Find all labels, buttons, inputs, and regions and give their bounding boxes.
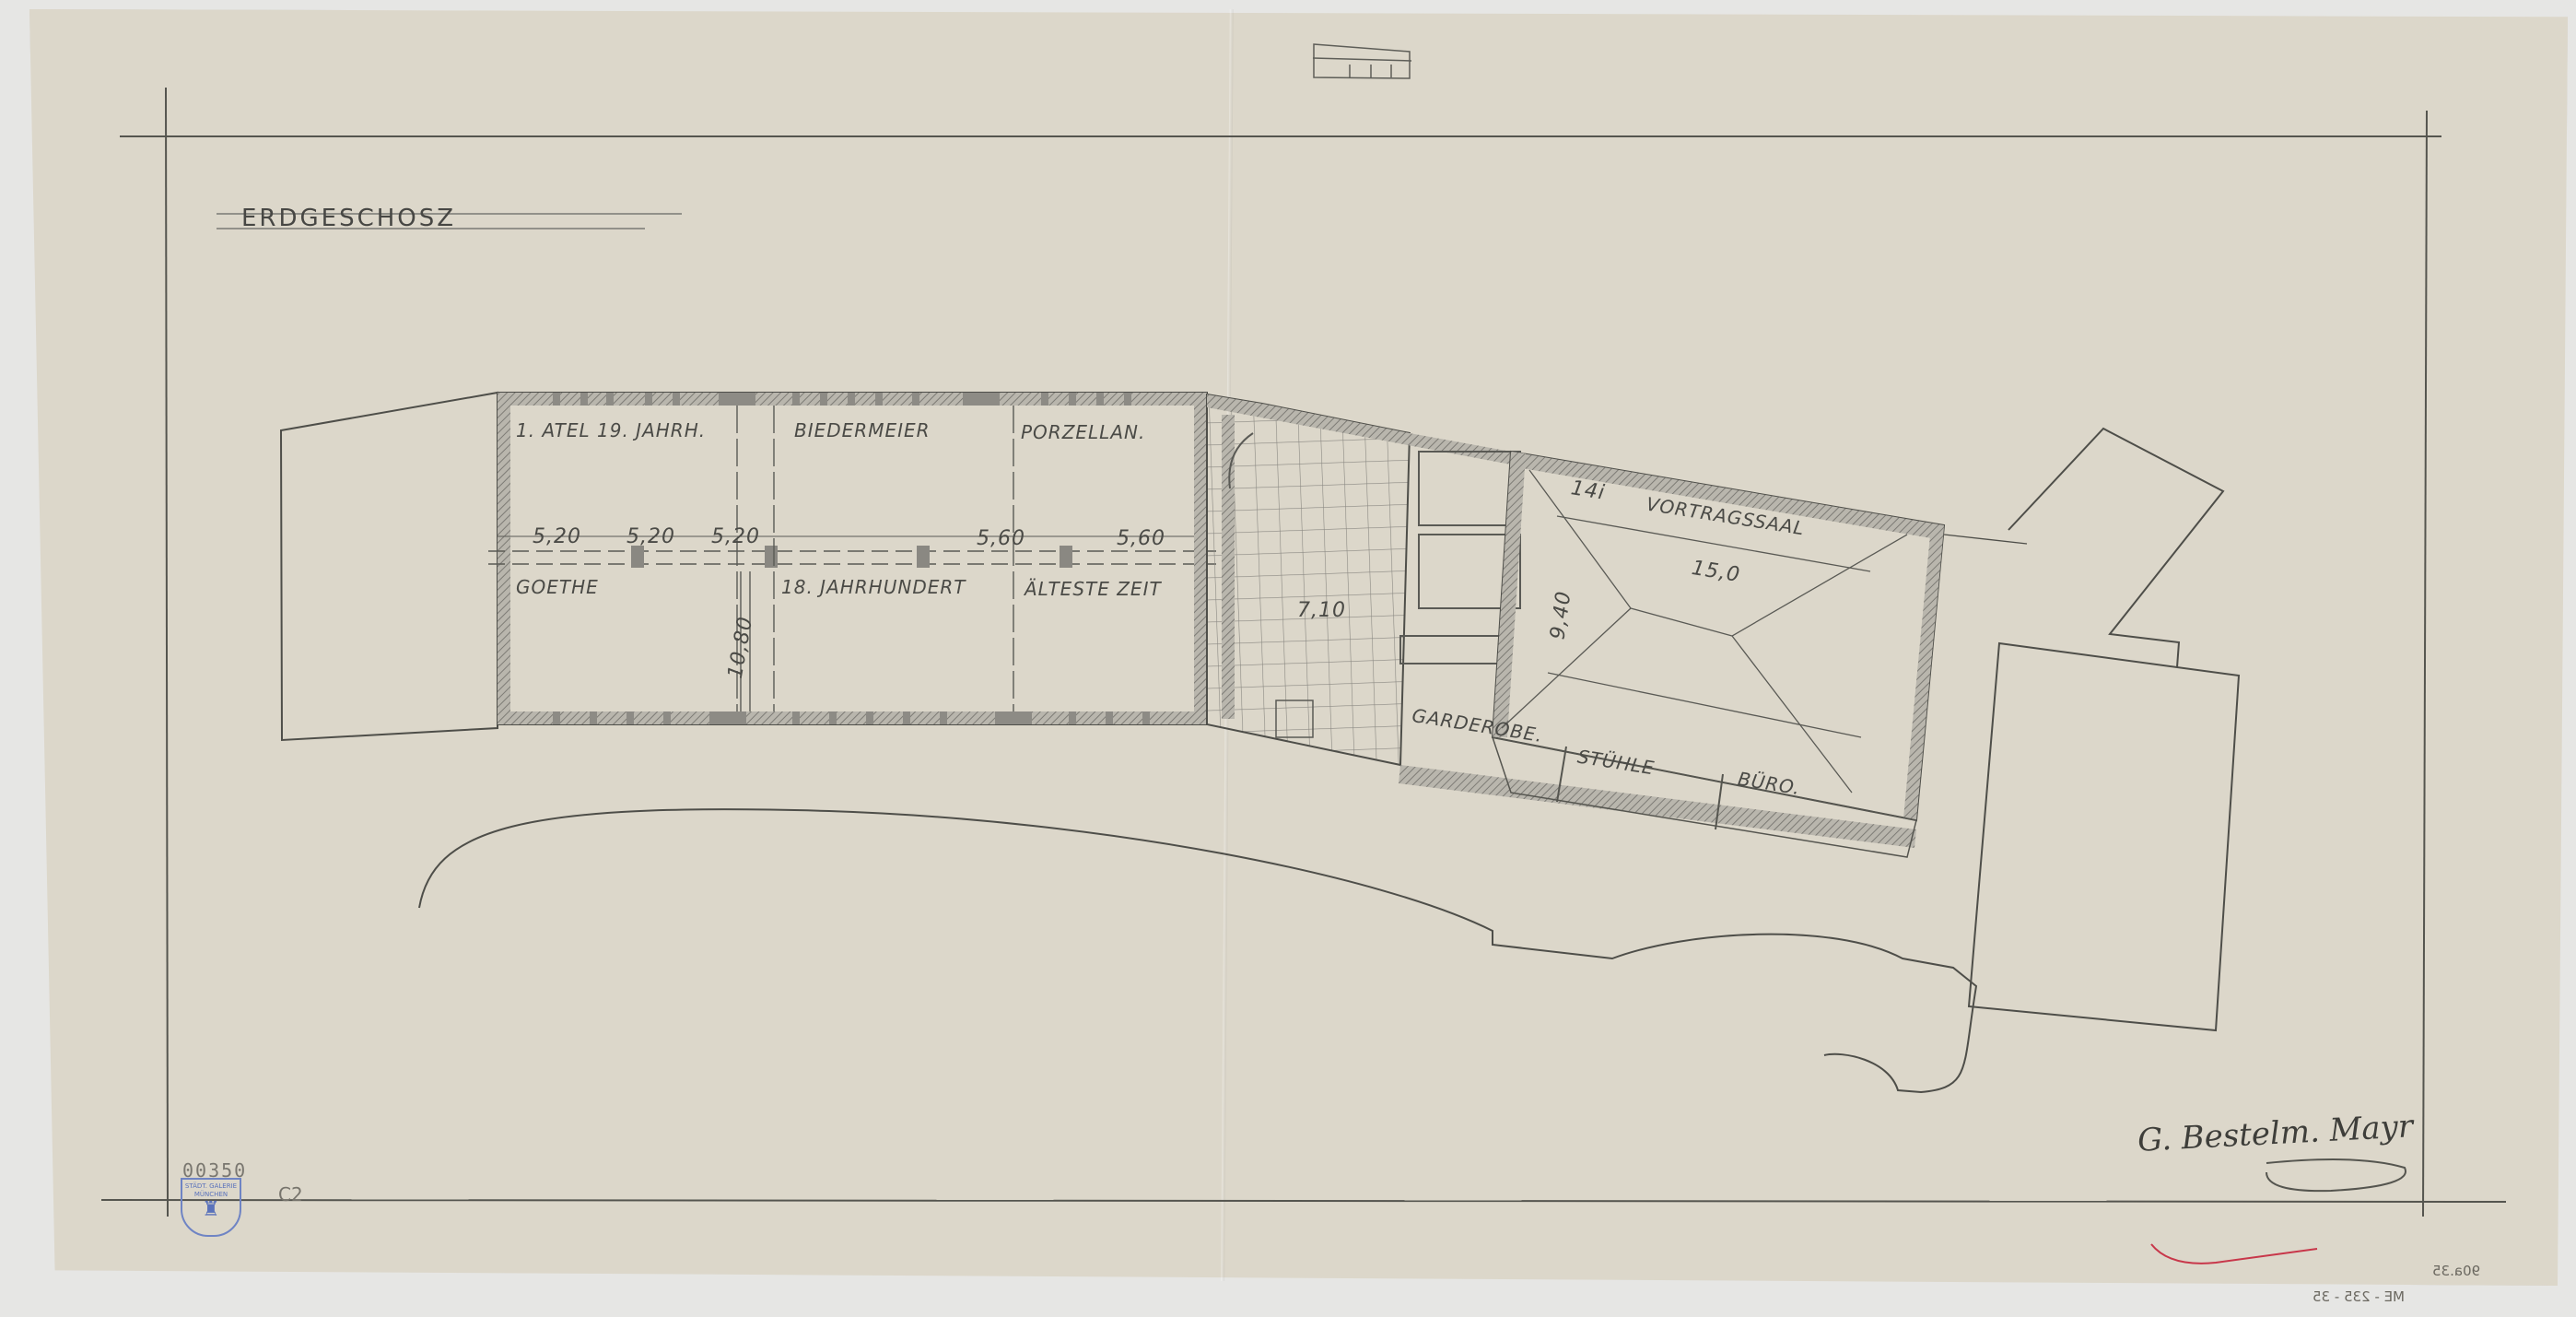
sheet-code: C2 xyxy=(278,1183,303,1205)
room-label-biedermeier: BIEDERMEIER xyxy=(794,419,931,441)
room-label-alteste-zeit: ÄLTESTE ZEIT xyxy=(1025,578,1162,600)
dimension-bay-4: 5,60 xyxy=(977,527,1025,550)
room-label-18-jahrhundert: 18. JAHRHUNDERT xyxy=(781,576,966,598)
dimension-bay-1: 5,20 xyxy=(533,525,581,548)
elevation-thumbnail-sketch xyxy=(1313,44,1411,78)
dimension-bay-5: 5,60 xyxy=(1117,527,1165,550)
museum-stamp: STÄDT. GALERIE MÜNCHEN ♜ xyxy=(181,1178,241,1237)
munchner-kindl-icon: ♜ xyxy=(182,1199,240,1221)
central-stair-hall xyxy=(1207,394,1511,765)
reverse-note-1: 90a.35 xyxy=(2432,1263,2480,1279)
stamp-line-1: STÄDT. GALERIE xyxy=(182,1182,240,1191)
adjacent-building-east xyxy=(1944,429,2239,1030)
reverse-note-2: ME - 235 - 35 xyxy=(2313,1288,2405,1305)
street-outline xyxy=(419,809,1976,1092)
drawing-title: ERDGESCHOSZ xyxy=(241,205,456,232)
dimension-bay-2: 5,20 xyxy=(626,525,675,548)
room-label-1-atel-19-jahrh: 1. ATEL 19. JAHRH. xyxy=(516,419,706,441)
dimension-bay-3: 5,20 xyxy=(711,525,760,548)
room-label-porzellan: PORZELLAN. xyxy=(1021,421,1145,443)
dimension-hall-width: 7,10 xyxy=(1297,599,1346,622)
red-pencil-mark xyxy=(2151,1244,2317,1264)
room-label-goethe: GOETHE xyxy=(516,576,599,598)
adjacent-building-west xyxy=(281,393,498,740)
signature-flourish xyxy=(2266,1159,2406,1191)
